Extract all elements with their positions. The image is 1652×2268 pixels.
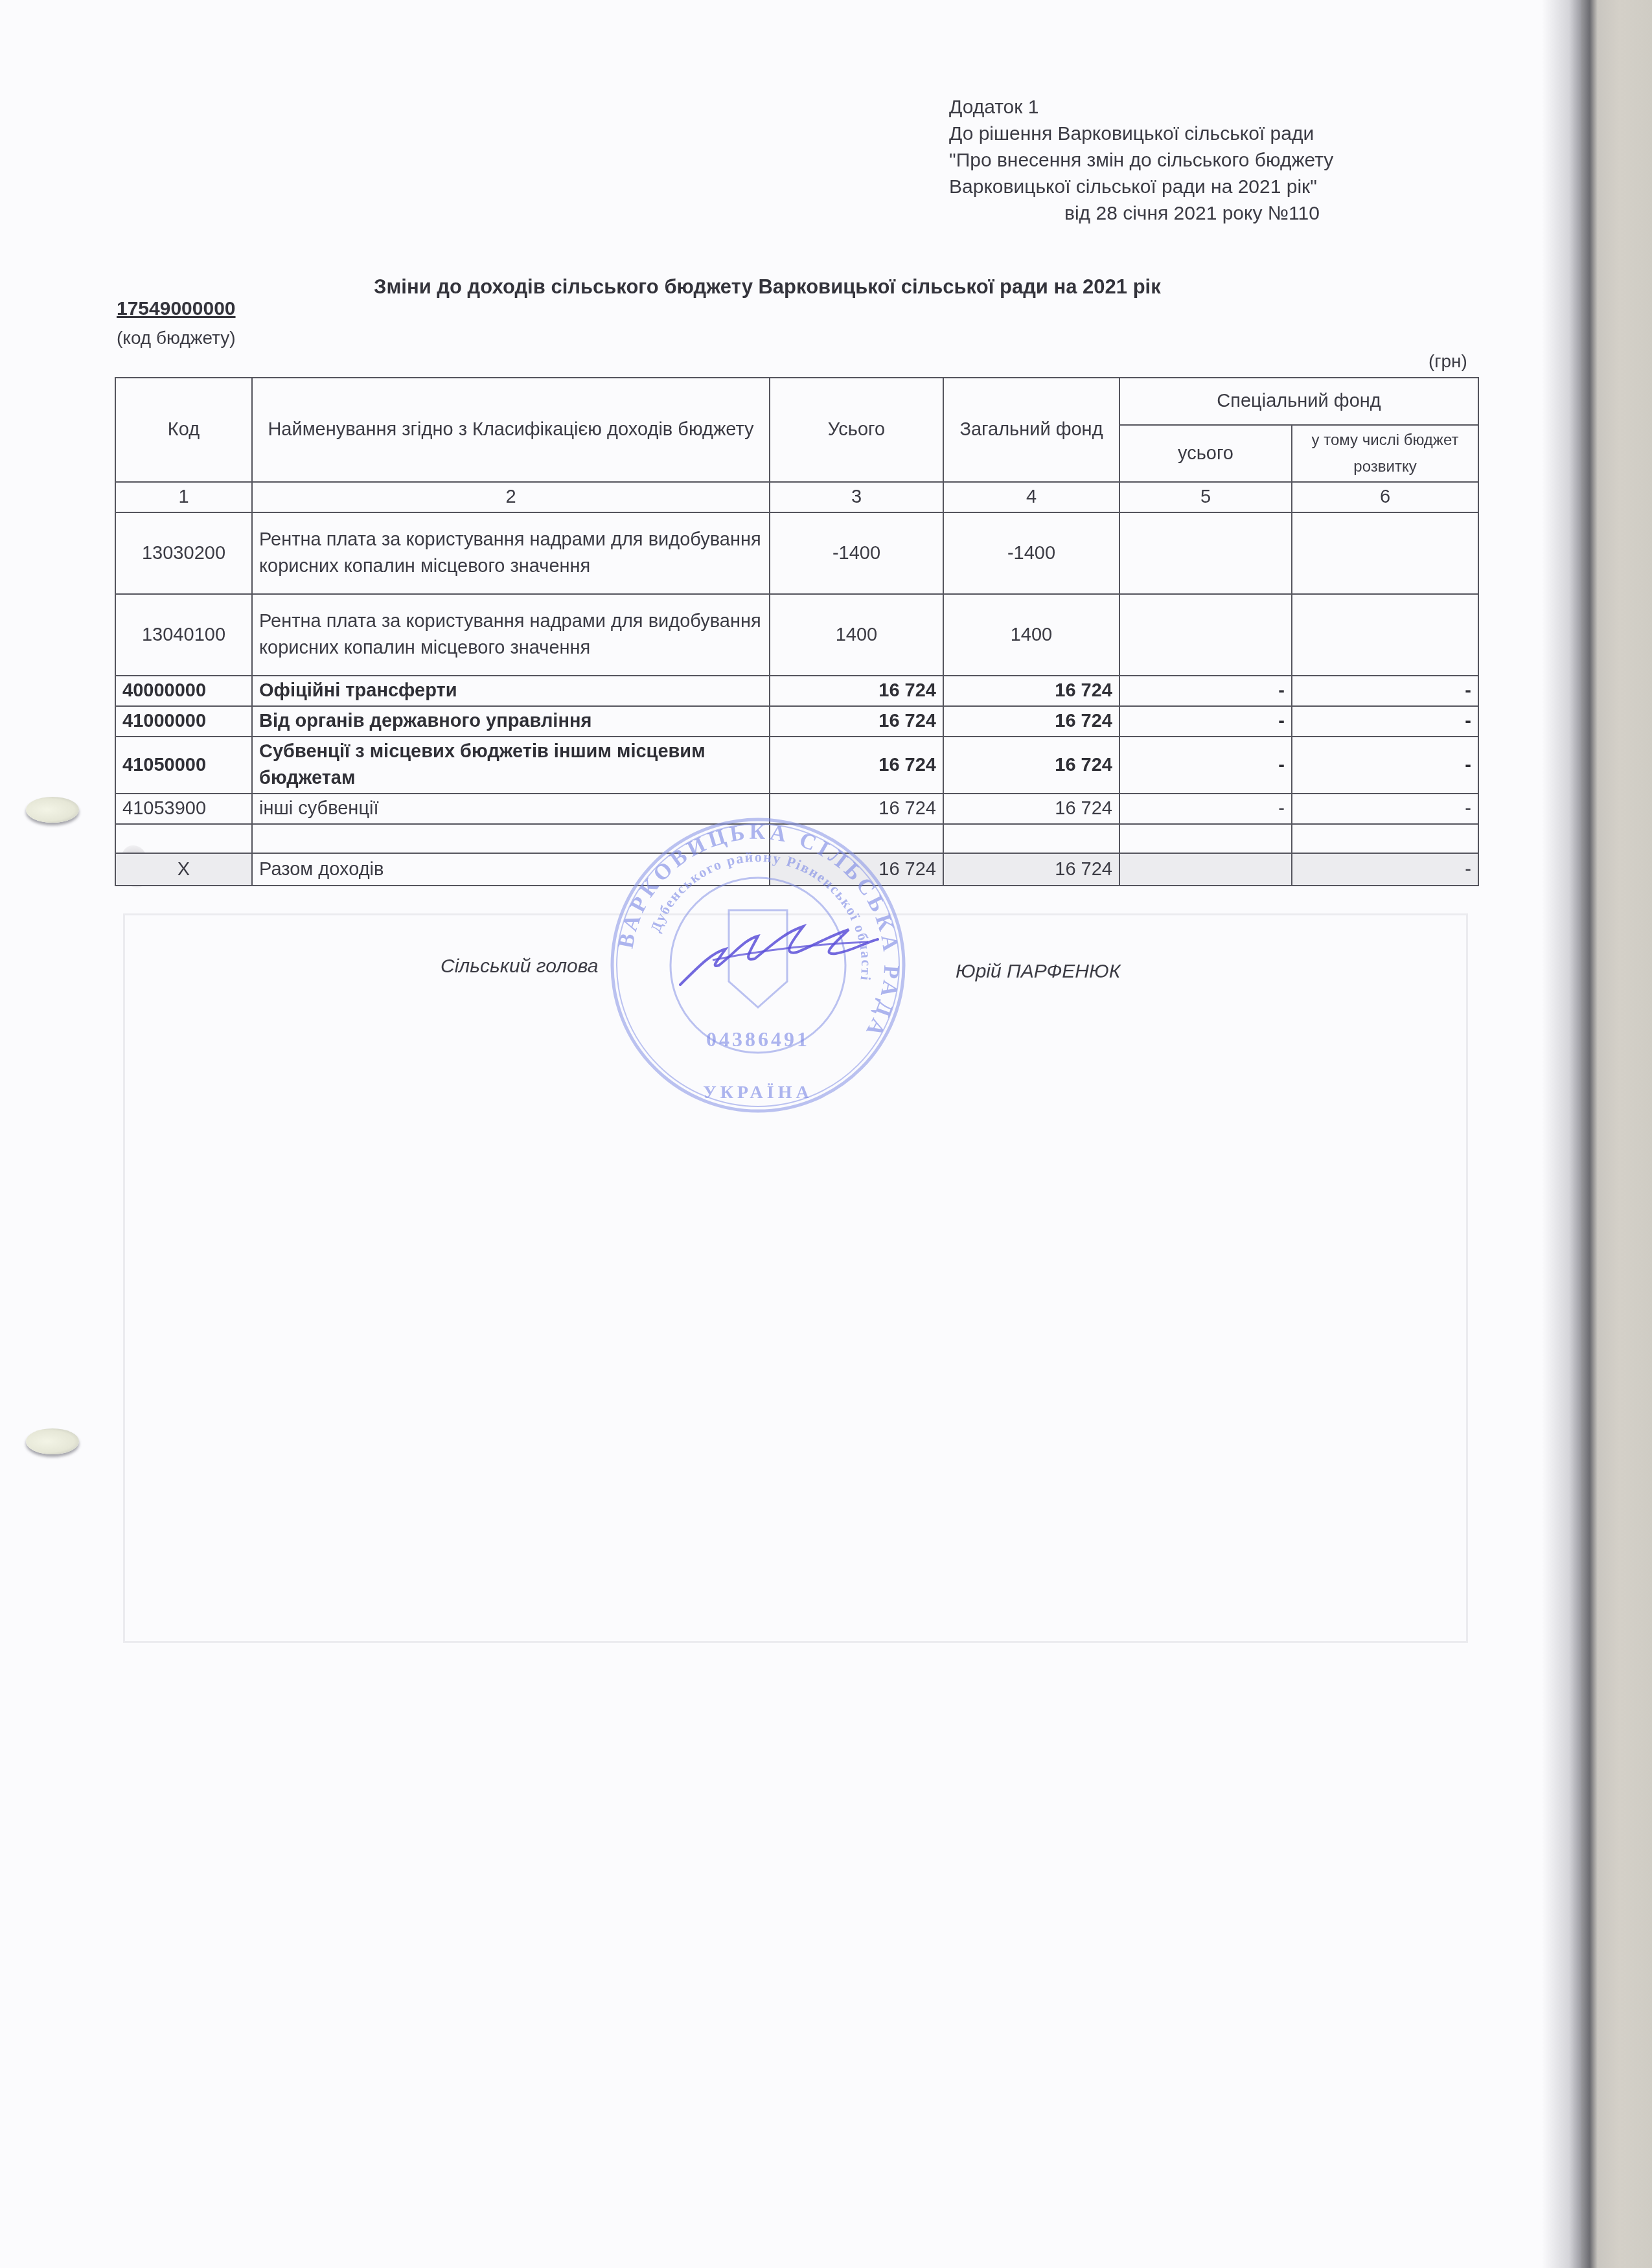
header-name: Найменування згідно з Класифікацією дохо… (252, 378, 770, 482)
row-special-total (1119, 594, 1292, 676)
row-special-total (1119, 824, 1292, 853)
table-row: 13040100Рентна плата за користування над… (115, 594, 1478, 676)
row-total: 1400 (770, 594, 943, 676)
row-name: Рентна плата за користування надрами для… (252, 594, 770, 676)
total-development-budget: - (1292, 853, 1478, 886)
row-name: Офіційні трансферти (252, 676, 770, 706)
row-total: -1400 (770, 512, 943, 594)
row-code (115, 824, 252, 853)
row-development-budget: - (1292, 737, 1478, 794)
svg-text:УКРАЇНА: УКРАЇНА (703, 1082, 813, 1103)
signatory-title: Сільський голова (441, 956, 598, 978)
punch-hole-top (26, 797, 79, 823)
column-number: 6 (1292, 482, 1478, 512)
header-general-fund: Загальний фонд (943, 378, 1119, 482)
row-code: 41053900 (115, 794, 252, 824)
column-number: 1 (115, 482, 252, 512)
row-total: 16 724 (770, 706, 943, 737)
scanned-page-stack-edge (1581, 0, 1652, 2268)
row-special-total: - (1119, 676, 1292, 706)
decision-line-1: До рішення Варковицької сільської ради (949, 120, 1333, 147)
column-number: 2 (252, 482, 770, 512)
row-code: 13030200 (115, 512, 252, 594)
appendix-number: Додаток 1 (949, 94, 1333, 120)
header-code: Код (115, 378, 252, 482)
decision-date: від 28 січня 2021 року №110 (949, 200, 1333, 227)
row-general-fund (943, 824, 1119, 853)
row-name: Від органів державного управління (252, 706, 770, 737)
currency-unit: (грн) (1428, 351, 1467, 372)
total-special-total (1119, 853, 1292, 886)
svg-text:04386491: 04386491 (706, 1027, 810, 1051)
punch-hole-bottom (26, 1428, 79, 1454)
row-general-fund: 1400 (943, 594, 1119, 676)
row-development-budget: - (1292, 794, 1478, 824)
header-special-fund: Спеціальний фонд (1119, 378, 1478, 425)
row-development-budget (1292, 512, 1478, 594)
signatory-name: Юрій ПАРФЕНЮК (956, 961, 1120, 983)
handwritten-signature (674, 913, 881, 991)
row-development-budget (1292, 824, 1478, 853)
row-code: 40000000 (115, 676, 252, 706)
budget-code-label: (код бюджету) (117, 328, 236, 349)
row-development-budget (1292, 594, 1478, 676)
row-general-fund: 16 724 (943, 737, 1119, 794)
row-name: Субвенції з місцевих бюджетів іншим місц… (252, 737, 770, 794)
document-title: Зміни до доходів сільського бюджету Варк… (374, 275, 1161, 299)
row-general-fund: 16 724 (943, 706, 1119, 737)
row-code: 41050000 (115, 737, 252, 794)
row-name: Рентна плата за користування надрами для… (252, 512, 770, 594)
row-code: 41000000 (115, 706, 252, 737)
row-special-total (1119, 512, 1292, 594)
table-row: 13030200Рентна плата за користування над… (115, 512, 1478, 594)
column-number: 5 (1119, 482, 1292, 512)
row-code: 13040100 (115, 594, 252, 676)
row-total: 16 724 (770, 737, 943, 794)
income-changes-table: Код Найменування згідно з Класифікацією … (115, 377, 1479, 886)
row-total: 16 724 (770, 676, 943, 706)
total-code: X (115, 853, 252, 886)
appendix-header: Додаток 1 До рішення Варковицької сільсь… (949, 94, 1333, 227)
table-row: 41050000Субвенції з місцевих бюджетів ін… (115, 737, 1478, 794)
budget-code: 17549000000 (117, 298, 236, 320)
row-general-fund: 16 724 (943, 794, 1119, 824)
row-development-budget: - (1292, 706, 1478, 737)
table-row: 40000000Офіційні трансферти16 72416 724-… (115, 676, 1478, 706)
row-general-fund: -1400 (943, 512, 1119, 594)
decision-line-2: "Про внесення змін до сільського бюджету (949, 147, 1333, 174)
row-development-budget: - (1292, 676, 1478, 706)
decision-line-3: Варковицької сільської ради на 2021 рік" (949, 174, 1333, 200)
table-row: 41000000Від органів державного управлінн… (115, 706, 1478, 737)
row-general-fund: 16 724 (943, 676, 1119, 706)
total-general-fund: 16 724 (943, 853, 1119, 886)
column-number: 3 (770, 482, 943, 512)
header-special-total: усього (1119, 425, 1292, 482)
column-number: 4 (943, 482, 1119, 512)
header-development-budget: у тому числі бюджет розвитку (1292, 425, 1478, 482)
row-special-total: - (1119, 706, 1292, 737)
row-special-total: - (1119, 737, 1292, 794)
row-special-total: - (1119, 794, 1292, 824)
header-total: Усього (770, 378, 943, 482)
